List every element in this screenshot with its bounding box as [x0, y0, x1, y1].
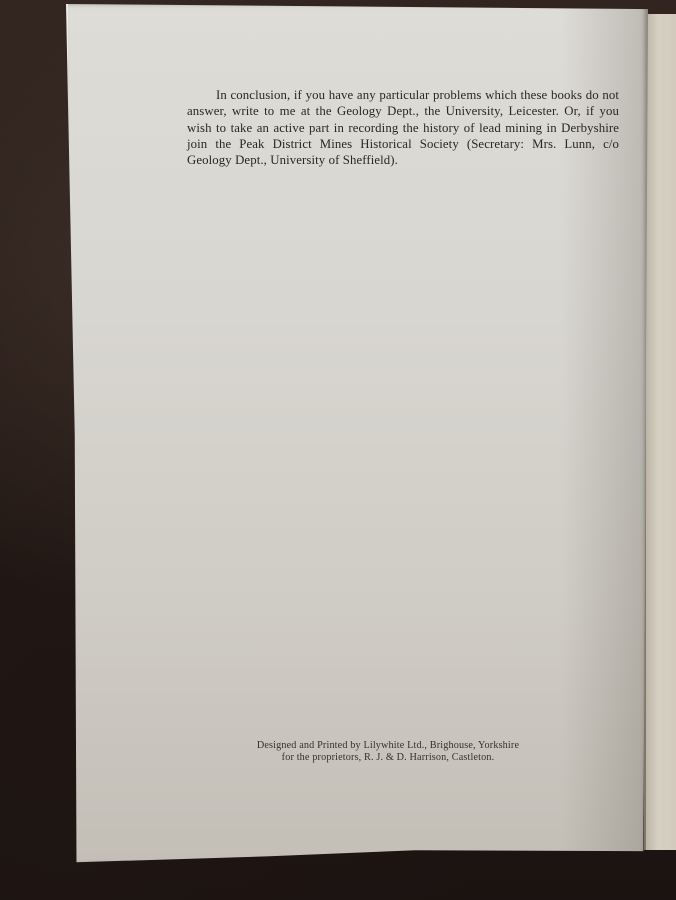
printer-imprint: Designed and Printed by Lilywhite Ltd., …	[218, 740, 558, 764]
booklet-page: In conclusion, if you have any particula…	[66, 4, 648, 864]
imprint-line-1: Designed and Printed by Lilywhite Ltd., …	[218, 740, 558, 752]
imprint-line-2: for the proprietors, R. J. & D. Harrison…	[218, 752, 558, 764]
next-page-edge	[644, 14, 676, 850]
body-paragraph: In conclusion, if you have any particula…	[187, 87, 619, 169]
